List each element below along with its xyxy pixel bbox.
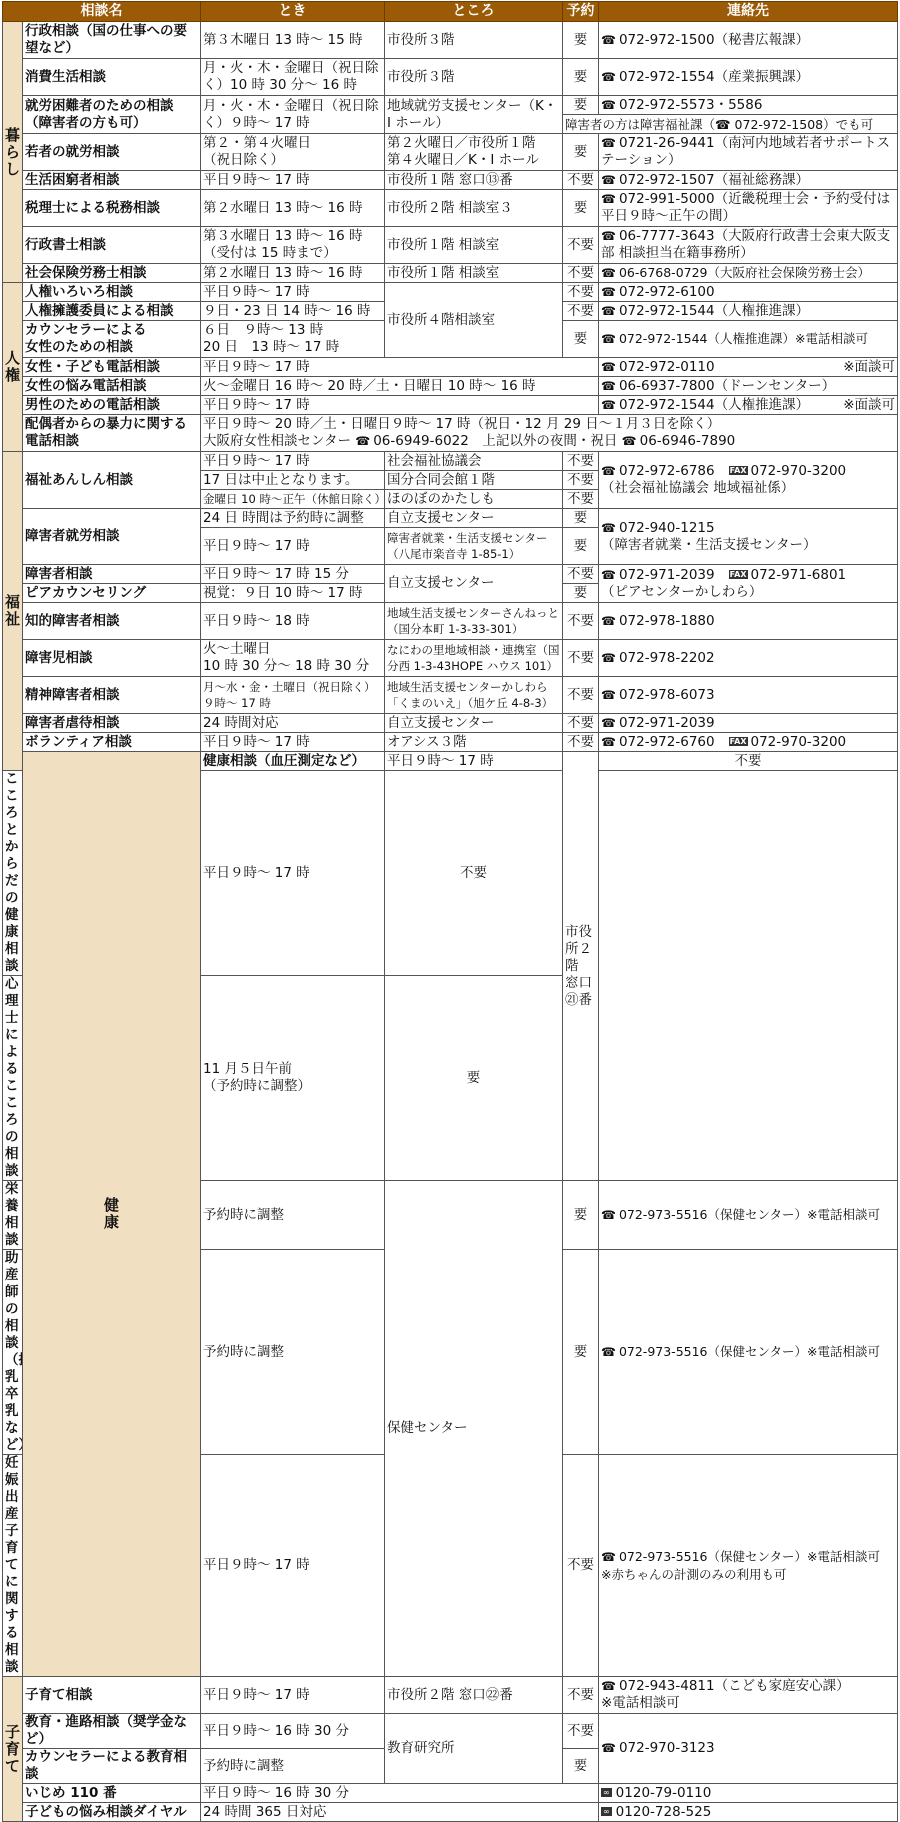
row-place: なにわの里地域相談・連携室（国分西 1-3-43HOPE ハウス 101） [385,640,563,677]
row-name: ボランティア相談 [23,733,201,752]
row-contact: ☎06-7777-3643（大阪府行政書士会東大阪支部 相談担当在籍事務所） [599,227,898,264]
row-time: 金曜日 10 時～正午（休館日除く） [201,490,385,509]
contact-text: 06-6768-0729（大阪府社会保険労務士会） [619,265,870,280]
row-reservation: 不要 [563,471,599,490]
row-reservation: 不要 [599,752,898,771]
header-row: 相談名 とき ところ 予約 連絡先 [3,2,898,22]
row-place: 市役所１階 相談室 [385,264,563,283]
row-name: 障害者相談 [23,565,201,584]
contact-org: （社会福祉協議会 地域福祉係） [601,480,895,497]
table-row: 障害者就労相談 24 日 時間は予約時に調整 自立支援センター 要 ☎072-9… [3,509,898,528]
row-reservation: 要 [563,134,599,171]
center-name: 大阪府女性相談センター [203,433,351,449]
table-row: 就労困難者のための相談（障害者の方も可） 月・火・木・金曜日（祝日除く）９時～ … [3,96,898,115]
row-time: 第３木曜日 13 時～ 15 時 [201,22,385,59]
row-name: 若者の就労相談 [23,134,201,171]
row-name: 税理士による税務相談 [23,190,201,227]
row-time: 平日９時～ 17 時 [201,358,599,377]
table-row: 知的障害者相談 平日９時～ 18 時 地域生活支援センターさんねっと（国分本町 … [3,603,898,640]
contact-org: （障害者就業・生活支援センター） [601,537,895,554]
header-contact: 連絡先 [599,2,898,22]
row-name: カウンセラーによる 女性のための相談 [23,321,201,358]
row-reservation: 不要 [563,227,599,264]
row-time: 平日９時～ 17 時 [201,528,385,565]
row-reservation: 不要 [563,283,599,302]
row-time: 平日９時～ 17 時 [201,171,385,190]
contact-text: 072-972-1554（産業振興課） [619,69,809,85]
row-contact: ☎072-972-1544（人権推進課） [599,302,898,321]
row-place: 第２火曜日／市役所１階 第４火曜日／K・I ホール [385,134,563,171]
phone-icon: ☎ [601,173,616,187]
row-place: 地域生活支援センターさんねっと（国分本町 1-3-33-301） [385,603,563,640]
row-time: 平日９時～ 17 時 [201,283,385,302]
row-name: 行政相談（国の仕事への要望など） [23,22,201,59]
after-hours-label: 上記以外の夜間・祝日 [482,433,617,449]
header-place: ところ [385,2,563,22]
row-place: 市役所４階相談室 [385,283,563,358]
phone-icon: ☎ [601,568,616,582]
phone-icon: ☎ [601,735,616,749]
contact-org: （ピアセンターかしわら） [601,584,895,601]
row-reservation: 要 [563,96,599,115]
contact-tel: 072-940-1215 [619,520,715,536]
contact-tel: 072-972-6786 [619,463,715,479]
row-time: 平日９時～ 17 時 15 分 [201,565,385,584]
fax-icon: FAX [729,737,748,746]
contact-note: ※面談可 [843,359,895,376]
phone-icon: ☎ [601,398,616,412]
row-place: ほのぼのかたしも [385,490,563,509]
table-row: 行政書士相談 第３水曜日 13 時～ 16 時 （受付は 15 時まで） 市役所… [3,227,898,264]
row-contact: ☎072-978-1880 [599,603,898,640]
row-contact: ☎0721-26-9441（南河内地域若者サポートステーション） [599,134,898,171]
row-name: 障害児相談 [23,640,201,677]
row-name: 女性・子ども電話相談 [23,358,201,377]
row-name: 就労困難者のための相談（障害者の方も可） [23,96,201,134]
consultation-table: 相談名 とき ところ 予約 連絡先 暮 ら し 行政相談（国の仕事への要望など）… [2,1,898,1032]
fax-icon: FAX [729,466,748,475]
row-contact: ☎072-972-1507（福祉総務課） [599,171,898,190]
contact-text: 072-972-0110 [619,359,715,375]
contact-text: 072-991-5000（近畿税理士会・予約受付は平日９時～正午の間） [601,191,890,224]
row-name: 人権いろいろ相談 [23,283,201,302]
phone-icon: ☎ [601,332,616,346]
row-contact: ☎072-972-1544（人権推進課）※電話相談可 [599,321,898,358]
row-reservation: 不要 [563,302,599,321]
contact-text: 06-6937-7800（ドーンセンター） [619,378,835,394]
row-reservation: 不要 [563,452,599,471]
contact-tel: 072-971-2039 [619,567,715,583]
row-name: 社会保険労務士相談 [23,264,201,283]
phone-icon: ☎ [601,360,616,374]
row-place: 市役所２階 窓口㉑番 [563,752,599,1033]
phone-icon: ☎ [601,33,616,47]
row-reservation: 不要 [563,733,599,752]
row-contact: ☎072-972-1544（人権推進課）※面談可 [599,396,898,415]
row-place: 地域生活支援センターかしわら「くまのいえ」（旭ケ丘 4-8-3） [385,677,563,714]
row-reservation: 要 [563,584,599,603]
table-row: 配偶者からの暴力に関する電話相談 平日９時～ 20 時／土・日曜日９時～ 17 … [3,415,898,452]
phone-icon: ☎ [601,266,616,280]
row-time: 平日９時～ 17 時 [201,733,385,752]
table-row: 人 権 人権いろいろ相談 平日９時～ 17 時 市役所４階相談室 不要 ☎072… [3,283,898,302]
row-time: 平日９時～ 17 時 [201,396,599,415]
table-row: 暮 ら し 行政相談（国の仕事への要望など） 第３木曜日 13 時～ 15 時 … [3,22,898,59]
contact-fax: 072-971-6801 [751,567,847,583]
header-name: 相談名 [3,2,201,22]
row-contact: ☎072-972-1554（産業振興課） [599,59,898,96]
row-contact: ☎06-6768-0729（大阪府社会保険労務士会） [599,264,898,283]
row-reservation: 不要 [563,490,599,509]
contact-fax: 072-970-3200 [751,734,847,750]
contact-text: 0721-26-9441（南河内地域若者サポートステーション） [601,135,890,168]
row-name: 障害者就労相談 [23,509,201,565]
row-note: 障害者の方は障害福祉課（☎ 072-972-1508）でも可 [563,115,898,134]
row-reservation: 要 [385,976,563,1033]
contact-text: 072-978-2202 [619,650,715,666]
table-row: 生活困窮者相談 平日９時～ 17 時 市役所１階 窓口⑬番 不要 ☎072-97… [3,171,898,190]
table-row: 消費生活相談 月・火・木・金曜日（祝日除く）10 時 30 分～ 16 時 市役… [3,59,898,96]
row-contact: ☎072-940-1215（障害者就業・生活支援センター） [599,509,898,565]
row-contact: ☎072-978-2202 [599,640,898,677]
detail-line-2: 大阪府女性相談センター ☎06-6949-6022 上記以外の夜間・祝日 ☎06… [203,433,895,450]
contact-text: 072-972-1507（福祉総務課） [619,172,809,188]
row-reservation: 不要 [563,603,599,640]
row-reservation: 要 [563,22,599,59]
table-row: ボランティア相談 平日９時～ 17 時 オアシス３階 不要 ☎072-972-6… [3,733,898,752]
row-time: 17 日は中止となります。 [201,471,385,490]
row-name: 男性のための電話相談 [23,396,201,415]
row-name: 心理士によるこころの相談 [3,976,23,1033]
row-place: 市役所３階 [385,22,563,59]
row-contact: ☎072-972-0110※面談可 [599,358,898,377]
row-time: 平日９時～ 17 時 [201,771,385,976]
row-place: 自立支援センター [385,509,563,528]
center-tel: 06-6949-6022 [373,433,469,449]
row-time: 24 日 時間は予約時に調整 [201,509,385,528]
row-time: 第２水曜日 13 時～ 16 時 [201,264,385,283]
row-contact: ☎072-972-6100 [599,283,898,302]
table-row: 障害者虐待相談 24 時間対応 自立支援センター 不要 ☎072-971-203… [3,714,898,733]
category-kurashi: 暮 ら し [3,22,23,283]
row-reservation: 要 [563,509,599,528]
row-name: 福祉あんしん相談 [23,452,201,509]
row-reservation: 要 [563,321,599,358]
row-time: ９日・23 日 14 時～ 16 時 [201,302,385,321]
phone-icon: ☎ [601,464,616,478]
row-time: 視覚：９日 10 時～ 17 時 [201,584,385,603]
phone-icon: ☎ [622,434,637,448]
row-detail: 平日９時～ 20 時／土・日曜日９時～ 17 時（祝日・12 月 29 日～１月… [201,415,898,452]
row-place: 国分合同会館１階 [385,471,563,490]
table-row: 税理士による税務相談 第２水曜日 13 時～ 16 時 市役所２階 相談室３ 要… [3,190,898,227]
row-place: 市役所２階 相談室３ [385,190,563,227]
phone-icon: ☎ [601,379,616,393]
row-reservation: 不要 [563,677,599,714]
row-time: 第３水曜日 13 時～ 16 時 （受付は 15 時まで） [201,227,385,264]
row-time: 24 時間対応 [201,714,385,733]
row-time: 11 月５日午前 （予約時に調整） [201,976,385,1033]
row-reservation: 要 [563,528,599,565]
contact-text: 072-978-1880 [619,613,715,629]
row-time: 火～土曜日 10 時 30 分～ 18 時 30 分 [201,640,385,677]
row-contact: ☎072-972-1500（秘書広報課） [599,22,898,59]
row-contact: ☎072-978-6073 [599,677,898,714]
table-row: 女性・子ども電話相談 平日９時～ 17 時 ☎072-972-0110※面談可 [3,358,898,377]
row-time: 平日９時～ 17 時 [385,752,563,771]
row-contact: ☎06-6937-7800（ドーンセンター） [599,377,898,396]
table-row: 男性のための電話相談 平日９時～ 17 時 ☎072-972-1544（人権推進… [3,396,898,415]
table-row: 福 祉 福祉あんしん相談 平日９時～ 17 時 社会福祉協議会 不要 ☎072-… [3,452,898,471]
row-time: 平日９時～ 17 時 [201,452,385,471]
row-time: 月・火・木・金曜日（祝日除く）９時～ 17 時 [201,96,385,134]
row-place: 自立支援センター [385,565,563,603]
contact-text: 072-978-6073 [619,687,715,703]
row-name: ピアカウンセリング [23,584,201,603]
row-time: 月～水・金・土曜日（祝日除く） ９時～ 17 時 [201,677,385,714]
row-place: 障害者就業・生活支援センター（八尾市楽音寺 1-85-1） [385,528,563,565]
row-time: 月・火・木・金曜日（祝日除く）10 時 30 分～ 16 時 [201,59,385,96]
table-row: 社会保険労務士相談 第２水曜日 13 時～ 16 時 市役所１階 相談室 不要 … [3,264,898,283]
row-reservation: 不要 [385,771,563,976]
table-row: 精神障害者相談 月～水・金・土曜日（祝日除く） ９時～ 17 時 地域生活支援セ… [3,677,898,714]
phone-icon: ☎ [601,651,616,665]
row-contact: ☎072-971-2039 [599,714,898,733]
phone-icon: ☎ [601,70,616,84]
contact-fax: 072-970-3200 [751,463,847,479]
row-place: 自立支援センター [385,714,563,733]
phone-icon: ☎ [601,285,616,299]
contact-text: 072-972-1500（秘書広報課） [619,32,809,48]
row-time: 第２・第４火曜日 （祝日除く） [201,134,385,171]
row-contact: ☎072-991-5000（近畿税理士会・予約受付は平日９時～正午の間） [599,190,898,227]
table-row: 障害児相談 火～土曜日 10 時 30 分～ 18 時 30 分 なにわの里地域… [3,640,898,677]
category-fukushi: 福 祉 [3,452,23,771]
row-name: 知的障害者相談 [23,603,201,640]
header-time: とき [201,2,385,22]
phone-icon: ☎ [355,434,370,448]
contact-text: 072-972-1544（人権推進課） [619,397,809,413]
table-row: 女性の悩み電話相談 火～金曜日 16 時～ 20 時／土・日曜日 10 時～ 1… [3,377,898,396]
row-reservation: 要 [563,190,599,227]
phone-icon: ☎ [601,304,616,318]
row-place: 市役所１階 窓口⑬番 [385,171,563,190]
phone-icon: ☎ [601,136,616,150]
row-name: こころとからだの健康相談 [3,771,23,976]
phone-icon: ☎ [601,614,616,628]
contact-text: 072-972-1544（人権推進課） [619,303,809,319]
row-time: 平日９時～ 18 時 [201,603,385,640]
row-time: 火～金曜日 16 時～ 20 時／土・日曜日 10 時～ 16 時 [201,377,599,396]
row-contact: ☎072-972-5573・5586 [599,96,898,115]
row-contact: ☎072-972-6786FAX072-970-3200（社会福祉協議会 地域福… [599,452,898,509]
header-reservation: 予約 [563,2,599,22]
contact-note: ※面談可 [843,397,895,414]
row-reservation: 不要 [563,565,599,584]
row-place: オアシス３階 [385,733,563,752]
row-time: 第２水曜日 13 時～ 16 時 [201,190,385,227]
row-name: 人権擁護委員による相談 [23,302,201,321]
contact-text: 072-971-2039 [619,715,715,731]
phone-icon: ☎ [601,521,616,535]
table-row: 障害者相談 平日９時～ 17 時 15 分 自立支援センター 不要 ☎072-9… [3,565,898,584]
row-name: 女性の悩み電話相談 [23,377,201,396]
contact-text: 072-972-5573・5586 [619,97,763,113]
table-row: 健 康 健康相談（血圧測定など） 平日９時～ 17 時 市役所２階 窓口㉑番 不… [3,752,898,771]
phone-icon: ☎ [601,688,616,702]
row-time: ６日 ９時～ 13 時 20 日 13 時～ 17 時 [201,321,385,358]
row-contact: ☎072-972-6760FAX072-970-3200 [599,733,898,752]
row-reservation: 不要 [563,171,599,190]
contact-text: 072-972-6100 [619,284,715,300]
row-contact: ☎072-971-2039FAX072-971-6801（ピアセンターかしわら） [599,565,898,603]
row-name: 配偶者からの暴力に関する電話相談 [23,415,201,452]
phone-icon: ☎ [601,716,616,730]
row-reservation: 不要 [563,640,599,677]
contact-tel: 072-972-6760 [619,734,715,750]
row-reservation: 不要 [563,714,599,733]
row-name: 精神障害者相談 [23,677,201,714]
row-name: 消費生活相談 [23,59,201,96]
row-place: 市役所３階 [385,59,563,96]
category-kenko: 健 康 [23,752,201,1033]
contact-text: 06-7777-3643（大阪府行政書士会東大阪支部 相談担当在籍事務所） [601,228,890,261]
detail-line-1: 平日９時～ 20 時／土・日曜日９時～ 17 時（祝日・12 月 29 日～１月… [203,416,895,433]
row-reservation: 要 [563,59,599,96]
phone-icon: ☎ [601,98,616,112]
row-place: 社会福祉協議会 [385,452,563,471]
row-name: 行政書士相談 [23,227,201,264]
category-jinken: 人 権 [3,283,23,452]
phone-icon: ☎ [601,229,616,243]
phone-icon: ☎ [601,192,616,206]
after-hours-tel: 06-6946-7890 [640,433,736,449]
row-reservation: 不要 [563,264,599,283]
row-name: 健康相談（血圧測定など） [201,752,385,771]
contact-text: 072-972-1544（人権推進課）※電話相談可 [619,331,868,346]
row-place: 市役所１階 相談室 [385,227,563,264]
row-place: 地域就労支援センター（K・I ホール） [385,96,563,134]
row-name: 生活困窮者相談 [23,171,201,190]
fax-icon: FAX [729,570,748,579]
table-row: 若者の就労相談 第２・第４火曜日 （祝日除く） 第２火曜日／市役所１階 第４火曜… [3,134,898,171]
row-name: 障害者虐待相談 [23,714,201,733]
